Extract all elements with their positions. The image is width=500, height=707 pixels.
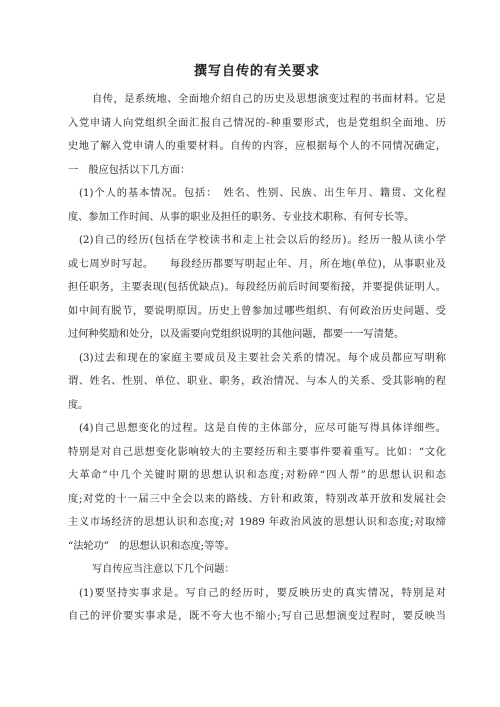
text-line: (4)自己思想变化的过程。这是自传的主体部分，应尽可能写得具体详细些。: [68, 417, 446, 441]
text-line: (1)要坚持实事求是。写自己的经历时，要反映历史的真实情况，特别是对: [68, 582, 446, 606]
text-line: 自传，是系统地、全面地介绍自己的历史及思想演变过程的书面材料。它是: [68, 88, 446, 112]
text-line: (2)自己的经历(包括在学校读书和走上社会以后的经历)。经历一般从读小学: [68, 229, 446, 253]
text-line: 史地了解入党申请人的重要材料。自传的内容，应根据每个人的不同情况确定，: [68, 135, 446, 159]
document-title: 撰写自传的有关要求: [68, 62, 446, 82]
text-line: 如中间有脱节，要说明原因。历史上曾参加过哪些组织、有何政治历史问题、受: [68, 300, 446, 324]
text-line: 一 般应包括以下几方面：: [68, 159, 446, 183]
text-line: 谓、姓名、性别、单位、职业、职务，政治情况、与本人的关系、受其影响的程: [68, 370, 446, 394]
text-line: 度。: [68, 394, 446, 418]
text-line: 自己的评价要实事求是，既不夸大也不缩小;写自己思想演变过程时，要反映当: [68, 605, 446, 629]
text-line: (1)个人的基本情况。包括： 姓名、性别、民族、出生年月、籍贯、文化程: [68, 182, 446, 206]
text-line: 特别是对自己思想变化影响较大的主要经历和主要事件要着重写。比如：“文化: [68, 441, 446, 465]
document-page: 撰写自传的有关要求 自传，是系统地、全面地介绍自己的历史及思想演变过程的书面材料…: [68, 62, 446, 629]
text-line: 入党申请人向党组织全面汇报自己情况的-种重要形式，也是党组织全面地、历: [68, 112, 446, 136]
text-line: “法轮功” 的思想认识和态度;等等。: [68, 535, 446, 559]
text-line: 担任职务，主要表现(包括优缺点)。每段经历前后时间要衔接，并要提供证明人。: [68, 276, 446, 300]
text-line: 或七周岁时写起。 每段经历都要写明起止年、月，所在地(单位)，从事职业及: [68, 253, 446, 277]
text-line: 过何种奖励和处分，以及需要向党组织说明的其他问题，都要一一写清楚。: [68, 323, 446, 347]
text-line: (3)过去和现在的家庭主要成员及主要社会关系的情况。每个成员都应写明称: [68, 347, 446, 371]
text-line: 主义市场经济的思想认识和态度;对 1989 年政治风波的思想认识和态度;对取缔: [68, 511, 446, 535]
text-line: 度;对党的十一届三中全会以来的路线、方针和政策，特别改革开放和发展社会: [68, 488, 446, 512]
text-line: 大革命”中几个关键时期的思想认识和态度;对粉碎“四人帮”的思想认识和态: [68, 464, 446, 488]
document-body: 自传，是系统地、全面地介绍自己的历史及思想演变过程的书面材料。它是入党申请人向党…: [68, 88, 446, 629]
text-line: 度、参加工作时间、从事的职业及担任的职务、专业技术职称、有何专长等。: [68, 206, 446, 230]
text-line: 写自传应当注意以下几个问题：: [68, 558, 446, 582]
